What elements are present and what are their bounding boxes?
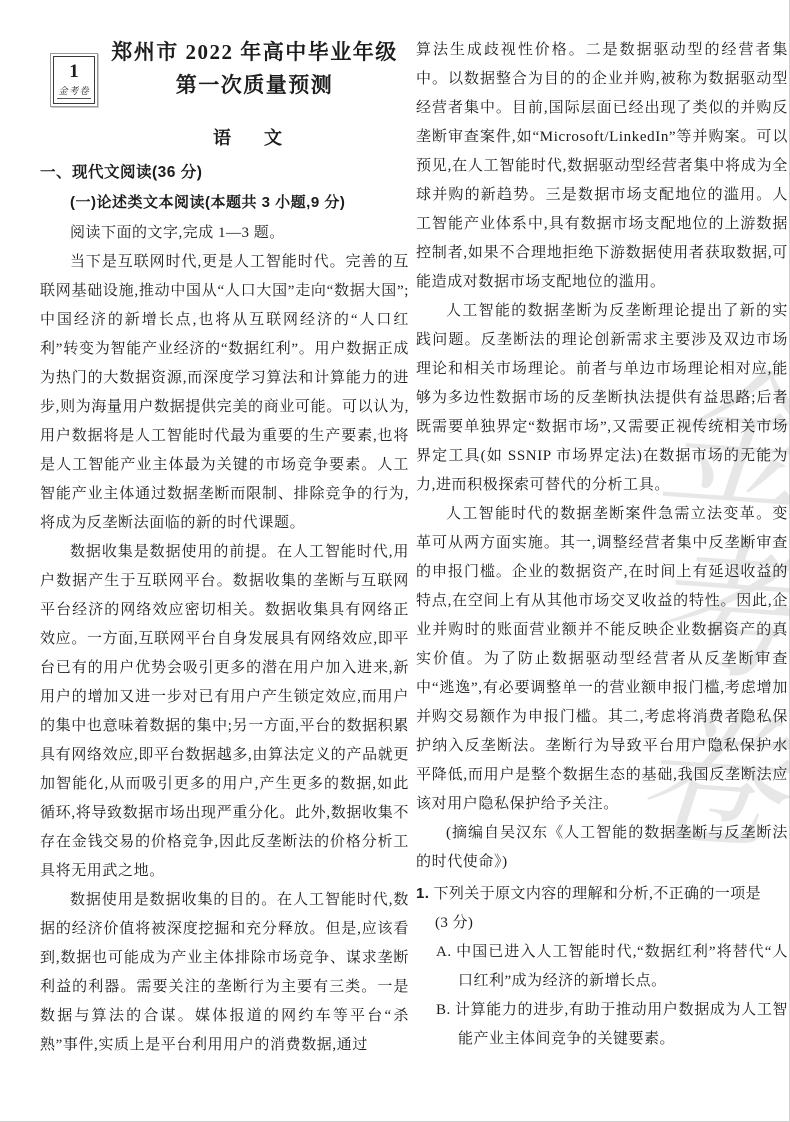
question-1-option-a: A.中国已进入人工智能时代,“数据红利”将替代“人口红利”成为经济的新增长点。 — [436, 938, 788, 996]
exam-paper-page: 金考卷 1 金考卷 郑州市 2022 年高中毕业年级 第一次质量预测 语 文 一… — [0, 0, 790, 1122]
left-column: 1 金考卷 郑州市 2022 年高中毕业年级 第一次质量预测 语 文 一、现代文… — [40, 36, 409, 1060]
volume-badge-inner: 1 金考卷 — [53, 56, 95, 104]
subsection-heading-argumentative-text: (一)论述类文本阅读(本题共 3 小题,9 分) — [70, 188, 409, 218]
subject-title: 语 文 — [100, 124, 409, 150]
source-attribution: (摘编自吴汉东《人工智能的数据垄断与反垄断法的时代使命》) — [416, 819, 788, 877]
passage-paragraph-2: 数据收集是数据使用的前提。在人工智能时代,用户数据产生于互联网平台。数据收集的垄… — [40, 538, 409, 886]
question-1-number: 1. — [416, 885, 429, 902]
paper-header: 1 金考卷 郑州市 2022 年高中毕业年级 第一次质量预测 — [40, 36, 409, 114]
paper-title-line1: 郑州市 2022 年高中毕业年级 — [100, 36, 409, 69]
option-b-letter: B. — [436, 1002, 451, 1018]
passage-paragraph-3-left: 数据使用是数据收集的目的。在人工智能时代,数据的经济价值将被深度挖掘和充分释放。… — [40, 886, 409, 1060]
question-1-stem: 1. 下列关于原文内容的理解和分析,不正确的一项是 — [416, 879, 788, 909]
passage-paragraph-1: 当下是互联网时代,更是人工智能时代。完善的互联网基础设施,推动中国从“人口大国”… — [40, 248, 409, 538]
option-a-letter: A. — [436, 944, 452, 960]
option-a-text: 中国已进入人工智能时代,“数据红利”将替代“人口红利”成为经济的新增长点。 — [456, 944, 788, 989]
paper-title: 郑州市 2022 年高中毕业年级 第一次质量预测 — [100, 36, 409, 102]
paper-title-line2: 第一次质量预测 — [100, 69, 409, 102]
volume-number: 1 — [69, 62, 79, 82]
volume-brand-label: 金考卷 — [57, 82, 91, 99]
section-heading-modern-reading: 一、现代文阅读(36 分) — [40, 158, 409, 188]
question-1-option-b: B.计算能力的进步,有助于推动用户数据成为人工智能产业主体间竞争的关键要素。 — [436, 996, 788, 1054]
passage-paragraph-4: 人工智能的数据垄断为反垄断理论提出了新的实践问题。反垄断法的理论创新需求主要涉及… — [416, 297, 788, 500]
right-column: 算法生成歧视性价格。二是数据驱动型的经营者集中。以数据整合为目的的企业并购,被称… — [416, 36, 788, 1060]
passage-paragraph-5: 人工智能时代的数据垄断案件急需立法变革。变革可从两方面实施。其一,调整经营者集中… — [416, 500, 788, 819]
option-b-text: 计算能力的进步,有助于推动用户数据成为人工智能产业主体间竞争的关键要素。 — [455, 1002, 788, 1047]
question-1: 1. 下列关于原文内容的理解和分析,不正确的一项是 (3 分) A.中国已进入人… — [416, 879, 788, 1054]
two-column-layout: 1 金考卷 郑州市 2022 年高中毕业年级 第一次质量预测 语 文 一、现代文… — [40, 36, 788, 1060]
volume-badge: 1 金考卷 — [50, 53, 98, 107]
question-1-text: 下列关于原文内容的理解和分析,不正确的一项是 — [433, 886, 761, 902]
reading-instruction: 阅读下面的文字,完成 1—3 题。 — [70, 218, 409, 248]
question-1-points: (3 分) — [435, 909, 788, 938]
passage-paragraph-3-continued: 算法生成歧视性价格。二是数据驱动型的经营者集中。以数据整合为目的的企业并购,被称… — [416, 36, 788, 297]
